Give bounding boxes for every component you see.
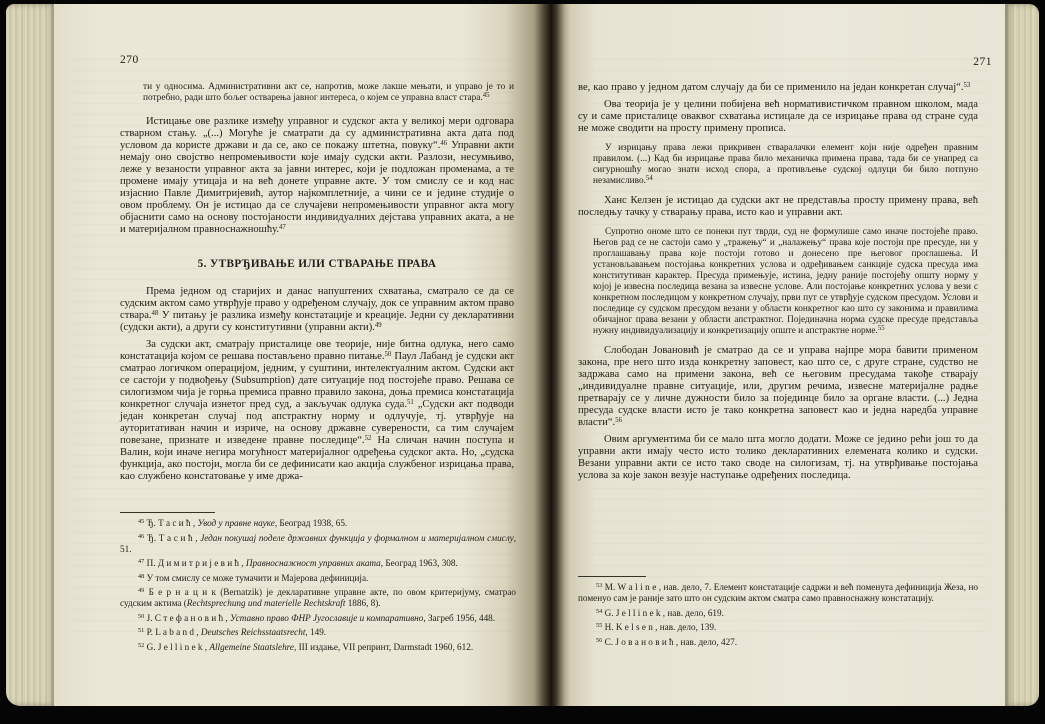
block-quote: Супротно ономе што се понеки пут тврди, …	[593, 227, 978, 337]
footnote: 53 M. W a l i n e , нав. дело, 7. Елемен…	[578, 582, 978, 604]
footnote-text: Ђ. Т а с и ћ , Увод у правне науке, Беог…	[147, 518, 348, 528]
footnote-text: H. K e l s e n , нав. дело, 139.	[605, 622, 717, 632]
footnote-text: P. L a b a n d , Deutsches Reichsstaatsr…	[147, 627, 326, 637]
footnote-marker: 50	[138, 613, 144, 620]
footnote-marker: 45	[138, 518, 144, 525]
footnote-rule	[120, 512, 215, 513]
footnote: 51 P. L a b a n d , Deutsches Reichsstaa…	[120, 627, 516, 638]
footnote: 47 П. Д и м и т р и ј е в и ћ , Правносн…	[120, 558, 516, 569]
continuation-paragraph: ве, као право у једном датом случају да …	[578, 82, 978, 94]
footnote: 48 У том смислу се може тумачити и Мајер…	[120, 573, 516, 584]
block-quote: У изрицању права лежи прикривен стварала…	[593, 143, 978, 187]
footnote-marker: 49	[138, 587, 144, 594]
paragraph: За судски акт, сматрају присталице ове т…	[120, 339, 514, 483]
continuation-paragraph-small: ти у односима. Административни акт се, н…	[143, 82, 514, 104]
footnote-marker: 51	[138, 627, 144, 634]
left-page: 270 ти у односима. Административни акт с…	[54, 4, 534, 706]
footnote: 49 Б е р н а ц и к (Bernatzik) је деклар…	[120, 587, 516, 609]
paragraph: Слободан Јовановић је сматрао да се и уп…	[578, 345, 978, 429]
footnote: 52 G. J e l l i n e k , Allgemeine Staat…	[120, 642, 516, 653]
footnote: 56 С. Ј о в а н о в и ћ , нав. дело, 427…	[578, 637, 978, 648]
footnote-text: M. W a l i n e , нав. дело, 7. Елемент к…	[578, 582, 978, 603]
footnote-marker: 54	[596, 608, 602, 615]
footnotes-left: 45 Ђ. Т а с и ћ , Увод у правне науке, Б…	[120, 512, 516, 656]
right-page: 271 ве, као право у једном датом случају…	[570, 4, 1007, 706]
page-number-left: 270	[120, 54, 514, 66]
paragraph: Овим аргументима би се мало шта могло до…	[578, 434, 978, 482]
footnote-marker: 47	[138, 558, 144, 565]
footnote: 45 Ђ. Т а с и ћ , Увод у правне науке, Б…	[120, 518, 516, 529]
left-text-column: 270 ти у односима. Административни акт с…	[120, 54, 514, 483]
footnote-text: Ј. С т е ф а н о в и ћ , Уставно право Ф…	[147, 613, 495, 623]
footnote-text: У том смислу се може тумачити и Мајерова…	[147, 573, 369, 583]
section-heading: 5. УТВРЂИВАЊЕ ИЛИ СТВАРАЊЕ ПРАВА	[120, 258, 514, 270]
footnote-text: П. Д и м и т р и ј е в и ћ , Правноснажн…	[147, 558, 458, 568]
right-text-column: 271 ве, као право у једном датом случају…	[578, 56, 978, 482]
paragraph: Ханс Келзен је истицао да судски акт не …	[578, 195, 978, 219]
footnote-marker: 53	[596, 582, 602, 589]
book-spread: 270 ти у односима. Административни акт с…	[0, 0, 1045, 724]
footnote-text: Ђ. Т а с и ћ , Један покушај поделе држа…	[120, 533, 516, 554]
footnote: 54 G. J e l l i n e k , нав. дело, 619.	[578, 608, 978, 619]
page-edge-stack-right	[1005, 4, 1039, 706]
footnote-marker: 55	[596, 622, 602, 629]
footnote-marker: 46	[138, 533, 144, 540]
paragraph: Истицање ове разлике између управног и с…	[120, 116, 514, 236]
footnote-rule	[578, 576, 646, 577]
footnote-text: С. Ј о в а н о в и ћ , нав. дело, 427.	[605, 637, 737, 647]
footnote-marker: 56	[596, 637, 602, 644]
page-number-right: 271	[578, 56, 992, 68]
paragraph: Према једном од старијих и данас напуште…	[120, 286, 514, 334]
footnote: 46 Ђ. Т а с и ћ , Један покушај поделе д…	[120, 533, 516, 555]
footnote-text: Б е р н а ц и к (Bernatzik) је декларати…	[120, 587, 516, 608]
book-gutter	[534, 4, 570, 706]
paragraph: Ова теорија је у целини побијена већ нор…	[578, 99, 978, 135]
footnote-text: G. J e l l i n e k , Allgemeine Staatsle…	[147, 642, 474, 652]
footnote-marker: 52	[138, 642, 144, 649]
footnote-text: G. J e l l i n e k , нав. дело, 619.	[605, 608, 724, 618]
footnote: 55 H. K e l s e n , нав. дело, 139.	[578, 622, 978, 633]
footnotes-right: 53 M. W a l i n e , нав. дело, 7. Елемен…	[578, 576, 978, 651]
page-edge-stack-left	[6, 4, 56, 706]
footnote: 50 Ј. С т е ф а н о в и ћ , Уставно прав…	[120, 613, 516, 624]
footnote-marker: 48	[138, 573, 144, 580]
